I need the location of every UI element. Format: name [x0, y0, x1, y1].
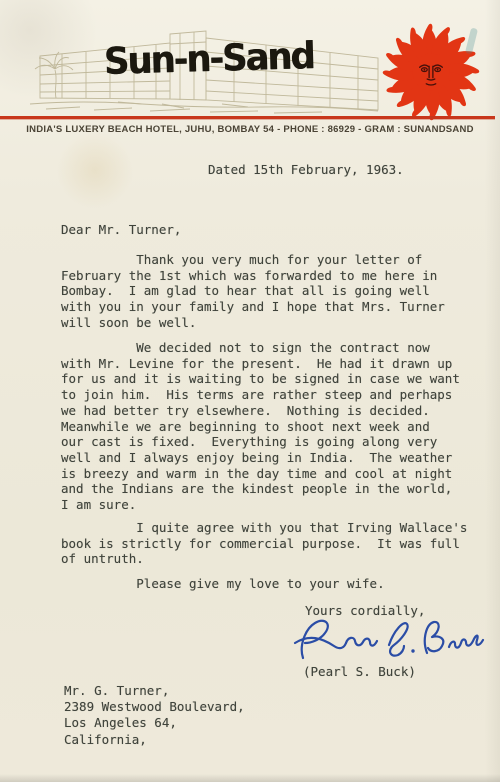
paragraph-3: I quite agree with you that Irving Walla…: [61, 520, 467, 567]
letterhead: Sun-n-Sand: [0, 0, 500, 142]
salutation: Dear Mr. Turner,: [61, 222, 181, 238]
typed-signature-name: (Pearl S. Buck): [303, 664, 416, 680]
letterhead-divider-rule: [0, 116, 495, 119]
paragraph-4: Please give my love to your wife.: [61, 576, 385, 592]
letterhead-tagline: INDIA'S LUXERY BEACH HOTEL, JUHU, BOMBAY…: [0, 124, 500, 135]
letter-page: Sun-n-Sand: [0, 0, 500, 782]
date-line: Dated 15th February, 1963.: [208, 162, 404, 178]
brand-logo-text: Sun-n-Sand: [103, 35, 299, 92]
paragraph-2: We decided not to sign the contract now …: [61, 340, 460, 513]
paragraph-1: Thank you very much for your letter of F…: [61, 252, 445, 331]
recipient-address: Mr. G. Turner, 2389 Westwood Boulevard, …: [64, 683, 245, 748]
